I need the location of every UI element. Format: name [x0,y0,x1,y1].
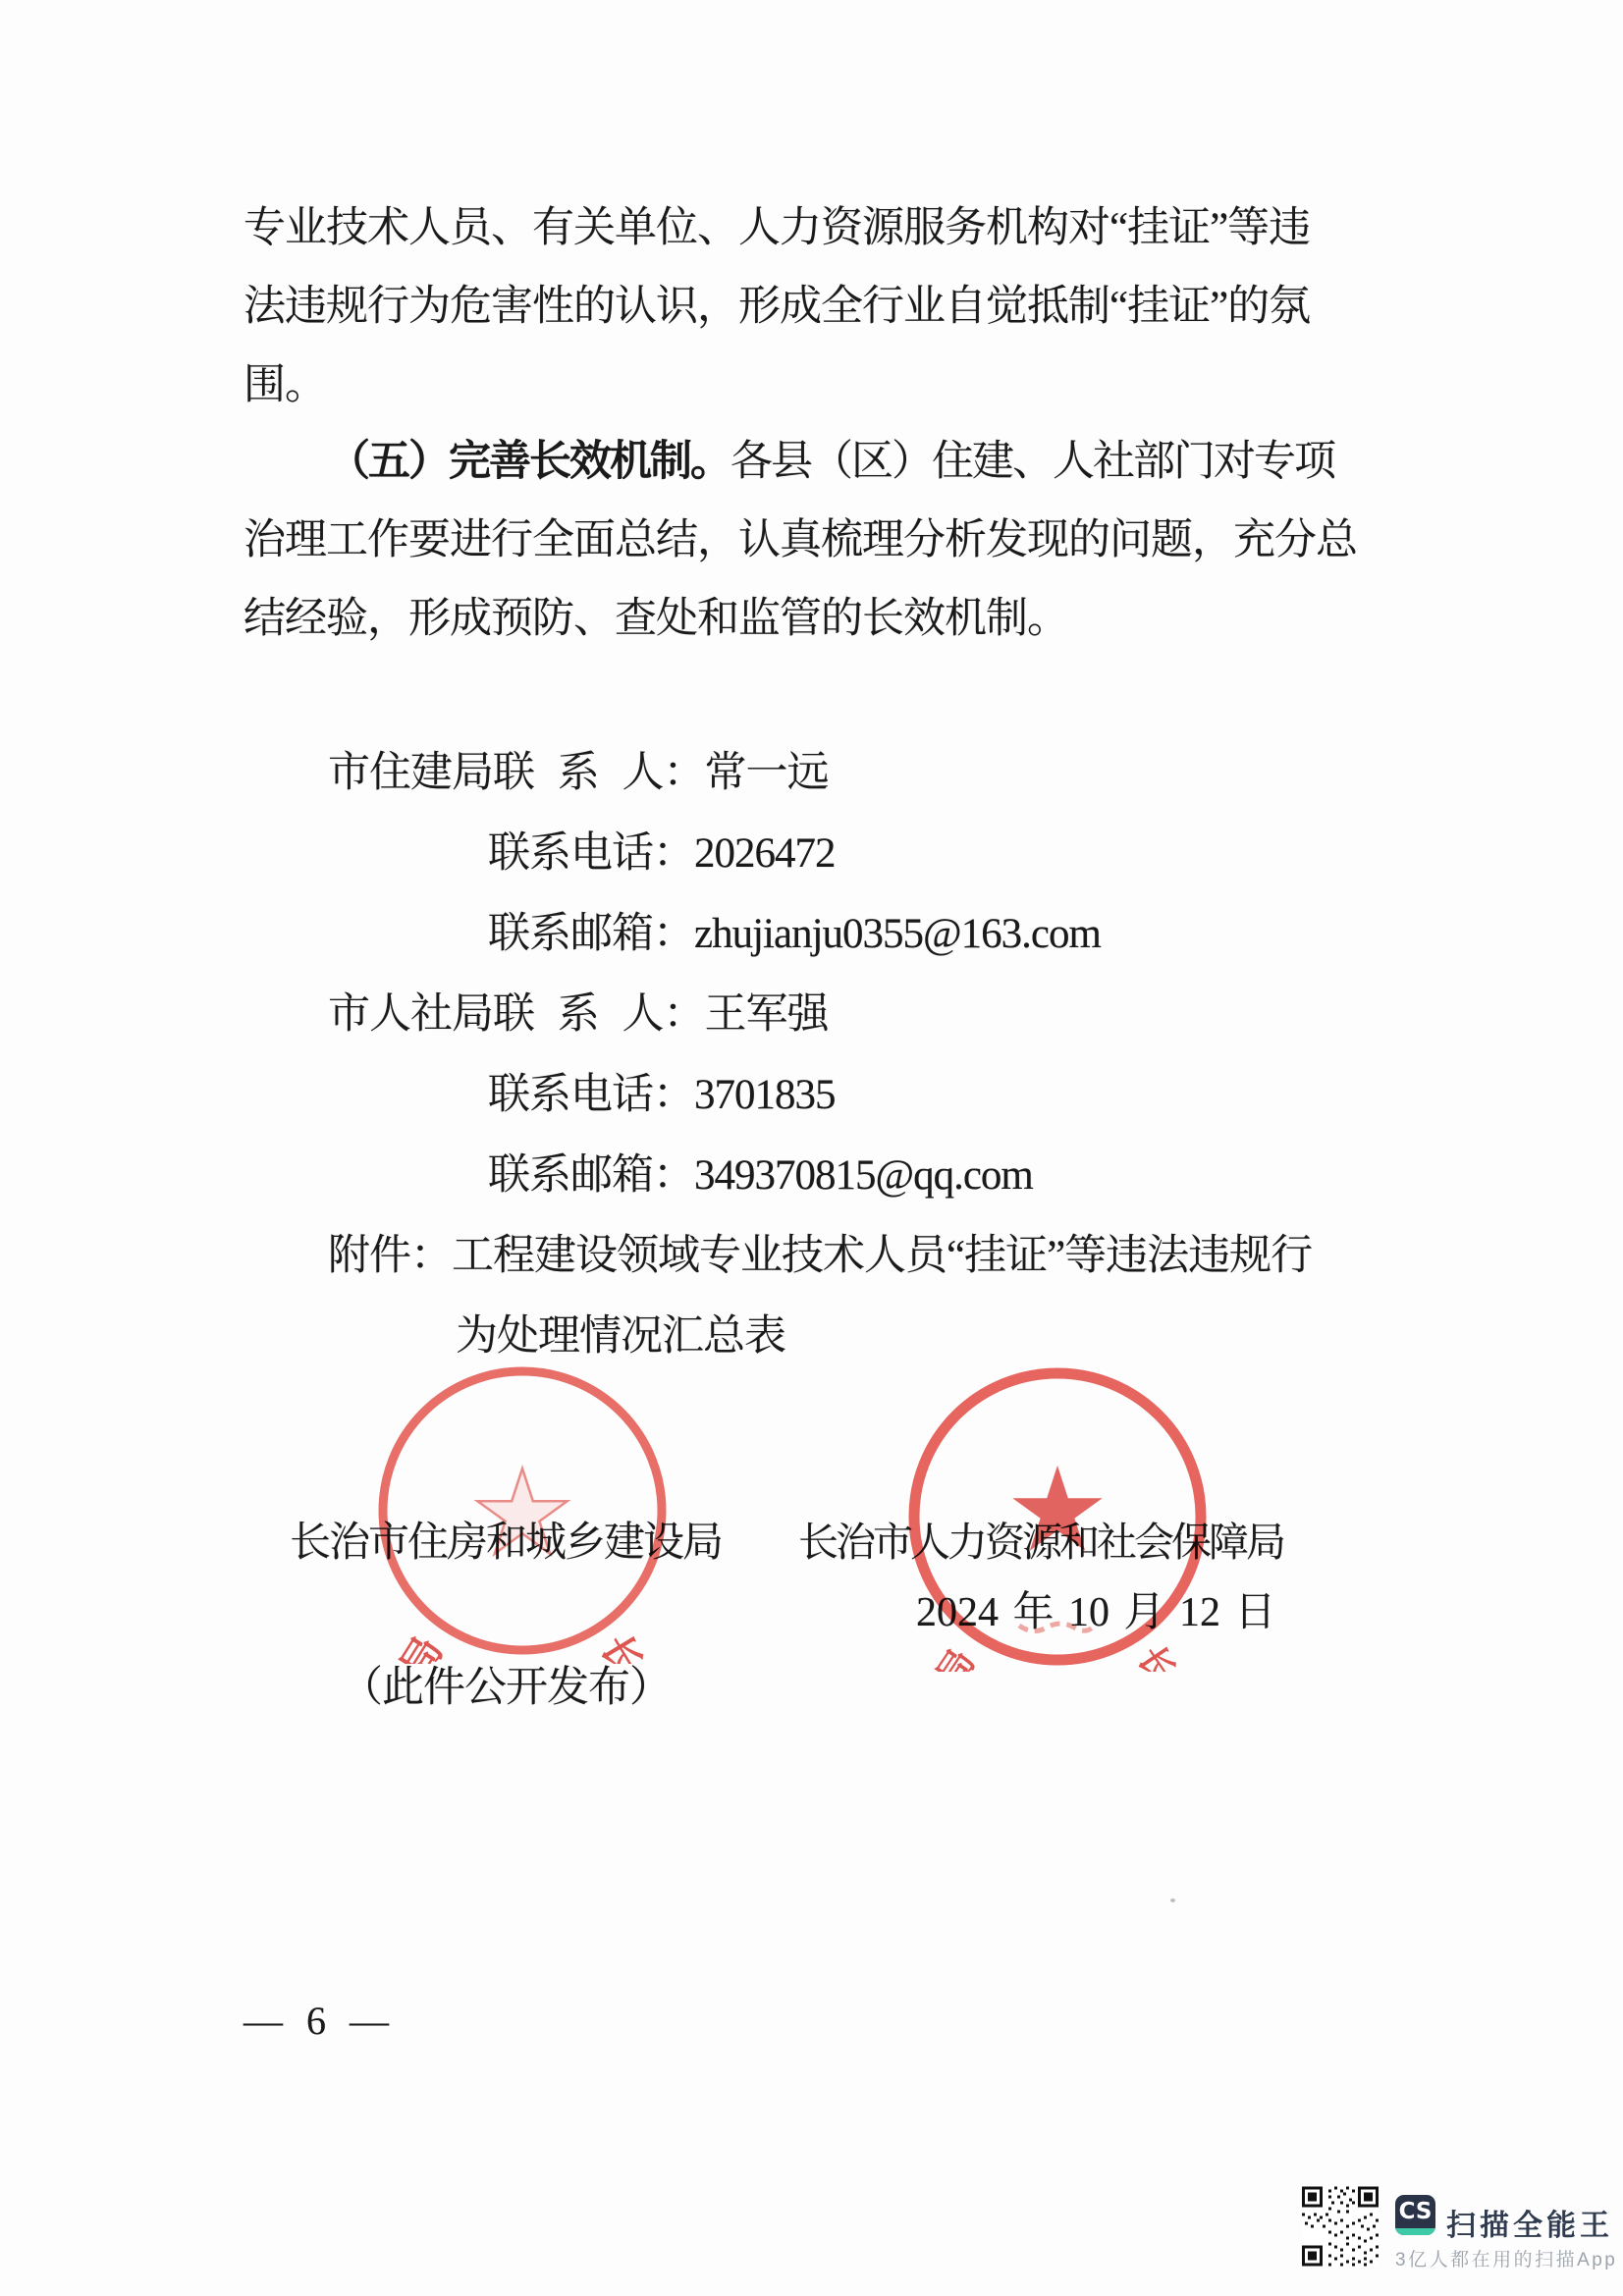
camscanner-app-name: 扫描全能王 [1446,2201,1613,2244]
camscanner-logo: CS [1395,2195,1435,2235]
body-line-4: （五）完善长效机制。各县（区）住建、人社部门对专项 [328,440,1334,484]
camscanner-logo-strip [1395,2228,1435,2235]
body-line-5: 治理工作要进行全面总结，认真梳理分析发现的问题，充分总 [243,518,1357,562]
scanned-document-page: 专业技术人员、有关单位、人力资源服务机构对“挂证”等违 法违规行为危害性的认识，… [0,0,1623,2296]
public-release-note: （此件公开发布） [341,1666,671,1710]
attachment-line-1: 附件：工程建设领域专业技术人员“挂证”等违法违规行 [328,1234,1312,1278]
camscanner-tagline: 3亿人都在用的扫描App [1395,2245,1617,2271]
body-line-6: 结经验，形成预防、查处和监管的长效机制。 [243,597,1068,641]
body-line-2: 法违规行为危害性的认识，形成全行业自觉抵制“挂证”的氛 [243,285,1310,329]
left-seal-text: 长治市住房和城乡建设局 [380,1626,664,1664]
attachment-line-2: 为处理情况汇总表 [456,1314,785,1359]
left-seal-star-icon [477,1468,567,1554]
body-line-1: 专业技术人员、有关单位、人力资源服务机构对“挂证”等违 [243,206,1310,250]
section-heading: （五）完善长效机制。 [328,439,730,485]
zhujian-contact-phone: 联系电话：2026472 [488,831,836,876]
renshe-contact-person: 市人社局联 系 人：王军强 [328,992,829,1037]
left-official-seal: 长治市住房和城乡建设局 [370,1358,675,1664]
zhujian-contact-person: 市住建局联 系 人：常一远 [328,751,829,795]
right-official-seal: 长治市人力资源和社会保障局 [903,1362,1213,1672]
scan-speck [1170,1898,1175,1902]
svg-text:长治市住房和城乡建设局: 长治市住房和城乡建设局 [380,1626,664,1664]
camscanner-logo-text: CS [1395,2199,1435,2224]
zhujian-contact-email: 联系邮箱：zhujianju0355@163.com [488,912,1101,956]
renshe-contact-phone: 联系电话：3701835 [488,1073,836,1117]
right-seal-star-icon [1012,1466,1102,1551]
renshe-contact-email: 联系邮箱：349370815@qq.com [488,1153,1033,1198]
qr-code [1302,2186,1379,2267]
body-line-3: 围。 [243,363,326,407]
right-seal-bottom-mark [1019,1624,1096,1631]
page-number: — 6 — [243,2001,391,2042]
section-heading-rest: 各县（区）住建、人社部门对专项 [730,439,1334,485]
